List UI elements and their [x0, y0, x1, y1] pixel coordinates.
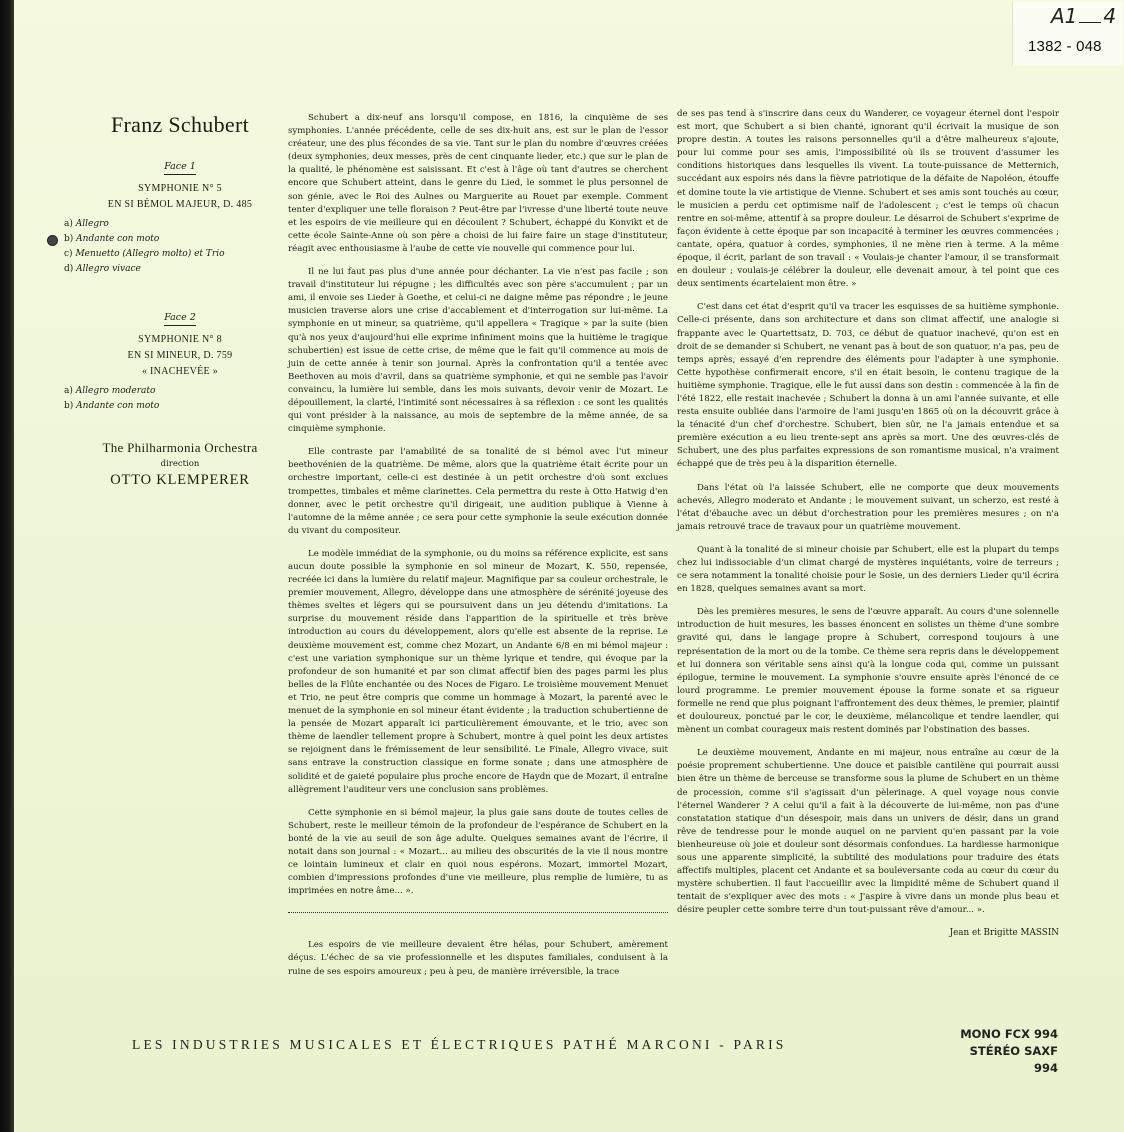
symphony-key: EN SI MINEUR, D. 759: [80, 348, 280, 364]
movement-item: b) Andante con moto: [64, 399, 280, 414]
paragraph: Dans l'état où l'a laissée Schubert, ell…: [677, 482, 1059, 534]
paragraph: C'est dans cet état d'esprit qu'il va tr…: [677, 301, 1059, 471]
movement-list: a) Allegro b) Andante con moto c) Menuet…: [64, 217, 280, 277]
movement-item: c) Menuetto (Allegro molto) et Trio: [64, 247, 280, 262]
face-label: Face 1: [164, 161, 196, 175]
paragraph: Elle contraste par l'amabilité de sa ton…: [288, 446, 668, 538]
catalog-stereo: STÉRÉO SAXF 994: [954, 1043, 1058, 1077]
handwritten-index: 4: [1103, 4, 1116, 28]
symphony-nickname: « INACHEVÉE »: [80, 364, 280, 380]
symphony-title: SYMPHONIE N° 5: [80, 181, 280, 197]
direction-label: direction: [80, 459, 280, 469]
paragraph: Dès les premières mesures, le sens de l'…: [677, 606, 1059, 737]
paragraph: Il ne lui faut pas plus d'une année pour…: [288, 266, 668, 436]
archive-number: 1382 - 048: [1028, 38, 1102, 55]
movement-list: a) Allegro moderato b) Andante con moto: [64, 384, 280, 414]
face-1-section: Face 1 SYMPHONIE N° 5 EN SI BÉMOL MAJEUR…: [80, 154, 280, 277]
sleeve-edge: [0, 0, 14, 1132]
orchestra-name: The Philharmonia Orchestra: [80, 440, 280, 456]
liner-notes-column-2: de ses pas tend à s'inscrire dans ceux d…: [677, 108, 1059, 941]
face-label: Face 2: [164, 312, 196, 326]
movement-item: d) Allegro vivace: [64, 262, 280, 277]
symphony-key: EN SI BÉMOL MAJEUR, D. 485: [80, 197, 280, 213]
handwritten-shelfmark: A14: [1051, 4, 1116, 28]
handwritten-code: A1: [1051, 4, 1077, 28]
marker-dot-icon: [47, 235, 58, 246]
movement-item: b) Andante con moto: [64, 232, 280, 247]
catalog-numbers: MONO FCX 994 STÉRÉO SAXF 994: [954, 1026, 1058, 1077]
symphony-title: SYMPHONIE N° 8: [80, 332, 280, 348]
conductor-name: OTTO KLEMPERER: [80, 472, 280, 489]
author-signature: Jean et Brigitte MASSIN: [677, 927, 1059, 940]
paragraph: Schubert a dix-neuf ans lorsqu'il compos…: [288, 112, 668, 256]
composer-title: Franz Schubert: [80, 112, 280, 138]
paragraph: Cette symphonie en si bémol majeur, la p…: [288, 807, 668, 899]
paragraph: Quant à la tonalité de si mineur choisie…: [677, 544, 1059, 596]
face-2-section: Face 2 SYMPHONIE N° 8 EN SI MINEUR, D. 7…: [80, 305, 280, 414]
catalog-mono: MONO FCX 994: [954, 1026, 1058, 1043]
liner-notes-column-1: Schubert a dix-neuf ans lorsqu'il compos…: [288, 112, 668, 989]
movement-item: a) Allegro moderato: [64, 384, 280, 399]
paragraph: Les espoirs de vie meilleure devaient êt…: [288, 939, 668, 978]
programme-column: Franz Schubert Face 1 SYMPHONIE N° 5 EN …: [80, 112, 280, 489]
paragraph: de ses pas tend à s'inscrire dans ceux d…: [677, 108, 1059, 291]
movement-item: a) Allegro: [64, 217, 280, 232]
publisher-line: LES INDUSTRIES MUSICALES ET ÉLECTRIQUES …: [132, 1037, 787, 1053]
paragraph: Le modèle immédiat de la symphonie, ou d…: [288, 548, 668, 797]
dotted-separator: [288, 912, 668, 913]
paragraph: Le deuxième mouvement, Andante en mi maj…: [677, 747, 1059, 917]
